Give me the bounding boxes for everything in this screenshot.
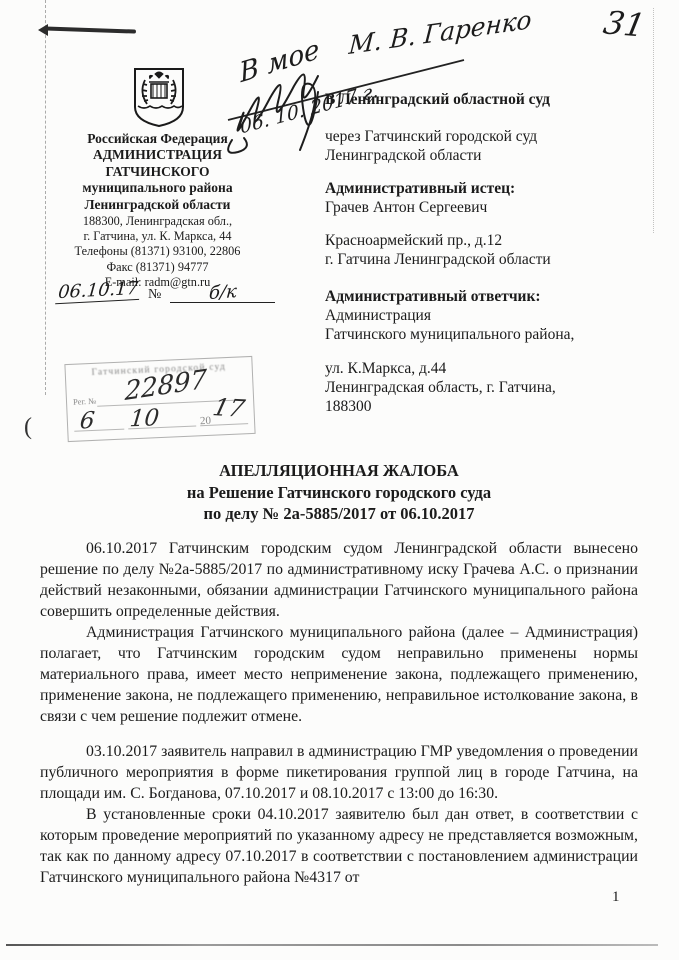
scan-edge-line <box>6 944 658 946</box>
court-name: В Ленинградский областной суд <box>325 90 655 109</box>
letterhead-address-line: г. Гатчина, ул. К. Маркса, 44 <box>40 230 275 243</box>
body-paragraph: 06.10.2017 Гатчинским городским судом Ле… <box>40 538 638 622</box>
plaintiff-label: Административный истец: <box>325 179 655 198</box>
plaintiff-name: Грачев Антон Сергеевич <box>325 198 655 217</box>
letterhead-address-line: 188300, Ленинградская обл., <box>40 215 275 228</box>
outgoing-number-line: б/к <box>170 282 275 303</box>
letterhead-org-line: ГАТЧИНСКОГО <box>40 164 275 181</box>
pen-tick-mark <box>44 26 136 33</box>
pen-tick-arrowhead <box>38 24 48 36</box>
body-paragraph: Администрация Гатчинского муниципального… <box>40 622 638 727</box>
via-court-line: через Гатчинский городской суд <box>325 127 655 146</box>
body-paragraph: 03.10.2017 заявитель направил в админист… <box>40 741 638 804</box>
plaintiff-address-line: Красноармейский пр., д.12 <box>325 231 655 250</box>
letterhead-org-line: Ленинградской области <box>40 197 275 214</box>
letterhead-country: Российская Федерация <box>40 130 275 147</box>
defendant-address-line: ул. К.Маркса, д.44 <box>325 359 655 378</box>
letterhead-address-line: Телефоны (81371) 93100, 22806 <box>40 245 275 258</box>
document-body: 06.10.2017 Гатчинским городским судом Ле… <box>40 538 638 888</box>
defendant-address-line: Ленинградская область, г. Гатчина, <box>325 378 655 397</box>
defendant-label: Административный ответчик: <box>325 287 655 306</box>
letterhead-address-line: Факс (81371) 94777 <box>40 261 275 274</box>
stray-pen-mark: ( <box>24 414 32 441</box>
handwritten-year: 17 <box>210 393 247 423</box>
title-line1: АПЕЛЛЯЦИОННАЯ ЖАЛОБА <box>40 460 638 482</box>
via-court-line: Ленинградской области <box>325 146 655 165</box>
number-sign: № <box>148 287 161 303</box>
gatchina-coat-of-arms-icon <box>131 66 187 130</box>
plaintiff-address-line: г. Гатчина Ленинградской области <box>325 250 655 269</box>
addressee-block: В Ленинградский областной суд через Гатч… <box>325 90 655 416</box>
handwritten-signer-name: М. В. Гаренко <box>348 7 532 58</box>
defendant-name-line: Администрация <box>325 306 655 325</box>
handwritten-outgoing-number: б/к <box>208 281 237 304</box>
document-title: АПЕЛЛЯЦИОННАЯ ЖАЛОБА на Решение Гатчинск… <box>40 460 638 525</box>
defendant-name-line: Гатчинского муниципального района, <box>325 325 655 344</box>
letterhead-org-line: АДМИНИСТРАЦИЯ <box>40 147 275 164</box>
handwritten-sheet-number: 31 <box>601 6 648 41</box>
stamp-reg-label: Рег. № <box>73 396 97 407</box>
court-registration-stamp: Гатчинский городской суд Рег. № 22897 6 … <box>64 356 255 442</box>
scanned-appeal-document: ( 31 В мое М. В. Гаренко 06. 10. 2017 г.… <box>0 0 679 960</box>
handwritten-resolution-note: В мое <box>238 36 321 87</box>
title-line3: по делу № 2а-5885/2017 от 06.10.2017 <box>40 503 638 525</box>
page-number: 1 <box>612 889 620 906</box>
body-paragraph: В установленные сроки 04.10.2017 заявите… <box>40 804 638 888</box>
defendant-address-line: 188300 <box>325 397 655 416</box>
title-line2: на Решение Гатчинского городского суда <box>40 482 638 504</box>
handwritten-outgoing-date: 06.10.17 <box>55 280 141 305</box>
sender-letterhead: Российская Федерация АДМИНИСТРАЦИЯ ГАТЧИ… <box>40 130 275 289</box>
letterhead-org-line: муниципального района <box>40 180 275 197</box>
